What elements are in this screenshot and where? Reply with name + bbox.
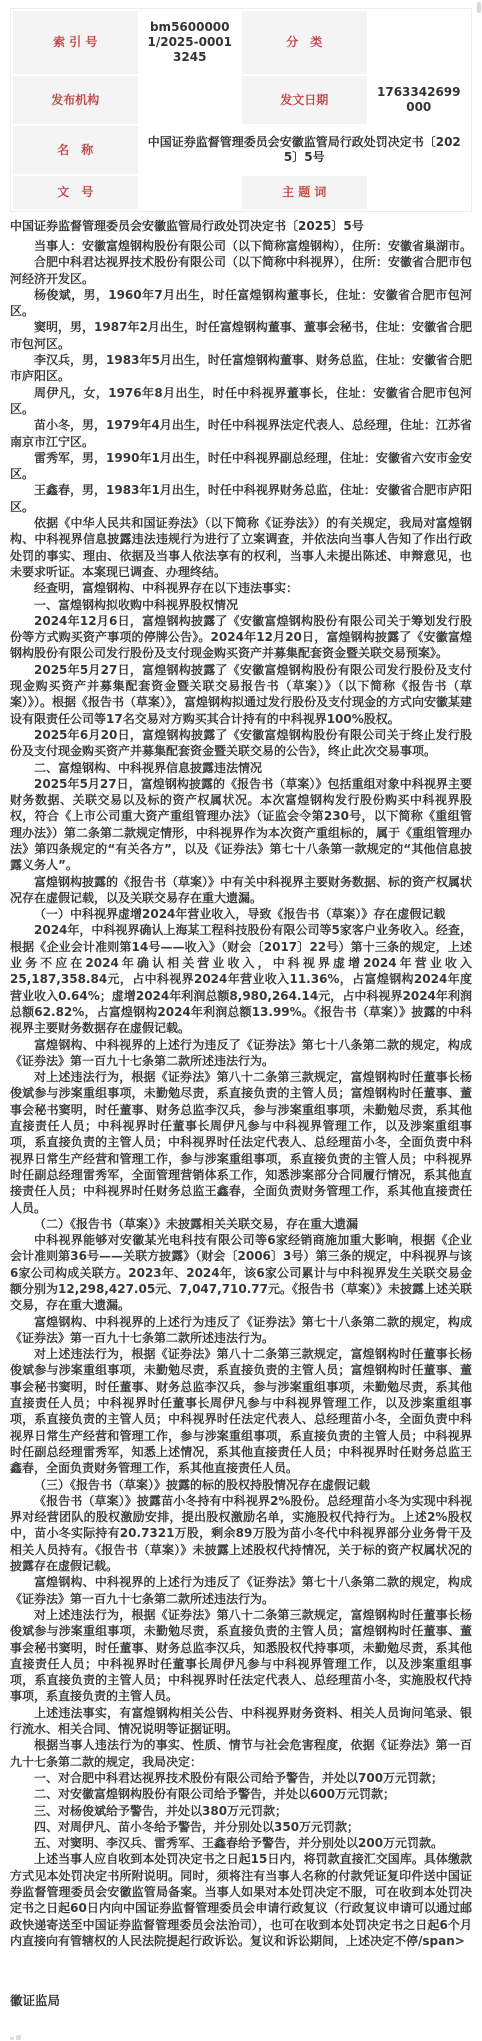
doc-paragraph: 二、富煌钢构、中科视界信息披露违法情况 bbox=[10, 760, 472, 776]
doc-paragraph: 《报告书（草案）》披露苗小冬持有中科视界2%股份。总经理苗小冬为实现中科视界对经… bbox=[10, 1493, 472, 1574]
doc-paragraph: 经查明，富煌钢构、中科视界存在以下违法事实： bbox=[10, 580, 472, 596]
doc-paragraph: 杨俊斌，男，1960年7月出生，时任富煌钢构董事长，住址：安徽省合肥市包河区。 bbox=[10, 287, 472, 320]
doc-paragraph: （三）《报告书（草案）》披露的标的股权持股情况存在虚假记载 bbox=[10, 1477, 472, 1493]
meta-label-category: 分 类 bbox=[242, 11, 367, 74]
doc-paragraph: 李汉兵，男，1983年5月出生，时任富煌钢构董事、财务总监，住址：安徽省合肥市庐… bbox=[10, 352, 472, 385]
doc-paragraph: 对上述违法行为，根据《证券法》第八十二条第三款规定，富煌钢构时任董事长杨俊斌参与… bbox=[10, 1346, 472, 1476]
doc-paragraph: 四、对周伊凡、苗小冬给予警告，并分别处以350万元罚款； bbox=[10, 1819, 472, 1835]
meta-value-name: 中国证券监督管理委员会安徽监管局行政处罚决定书〔2025〕5号 bbox=[140, 126, 470, 174]
meta-label-name: 名 称 bbox=[13, 126, 138, 174]
doc-paragraph: 2025年5月27日，富煌钢构披露了《安徽富煌钢构股份有限公司发行股份及支付现金… bbox=[10, 662, 472, 727]
doc-paragraph: 富煌钢构、中科视界的上述行为违反了《证券法》第七十八条第二款的规定，构成《证券法… bbox=[10, 1574, 472, 1607]
doc-paragraph: 2025年5月27日，富煌钢构披露的《报告书（草案）》包括重组对象中科视界主要财… bbox=[10, 776, 472, 874]
signature-bureau: 徽证监局 bbox=[10, 1991, 472, 2009]
meta-row-name: 名 称 中国证券监督管理委员会安徽监管局行政处罚决定书〔2025〕5号 bbox=[13, 126, 469, 174]
doc-paragraph: 2025年6月20日，富煌钢构披露了《安徽富煌钢构股份有限公司关于终止发行股份及… bbox=[10, 727, 472, 760]
meta-value-issuing-agency bbox=[140, 76, 241, 124]
meta-value-doc-number bbox=[140, 176, 241, 209]
doc-paragraph: （二）《报告书（草案）》未披露相关关联交易，存在重大遗漏 bbox=[10, 1216, 472, 1232]
doc-paragraph: 合肥中科君达视界技术股份有限公司（以下简称中科视界），住所：安徽省合肥市包河经济… bbox=[10, 254, 472, 287]
meta-label-issue-date: 发文日期 bbox=[242, 76, 367, 124]
meta-row-docnumber: 文 号 主 题 词 bbox=[13, 176, 469, 209]
doc-paragraph: 二、对安徽富煌钢构股份有限公司给予警告，并处以600万元罚款； bbox=[10, 1786, 472, 1802]
doc-paragraph: 五、对窦明、李汉兵、雷秀军、王鑫春给予警告，并分别处以200万元罚款。 bbox=[10, 1835, 472, 1851]
meta-label-index-number: 索 引 号 bbox=[13, 11, 138, 74]
doc-paragraph: 上述违法事实，有富煌钢构相关公告、中科视界财务资料、相关人员询问笔录、银行流水、… bbox=[10, 1705, 472, 1738]
doc-paragraph: 2024年12月6日，富煌钢构披露了《安徽富煌钢构股份有限公司关于筹划发行股份等… bbox=[10, 613, 472, 662]
scrollbar-artifact bbox=[477, 2, 481, 13]
meta-value-issue-date: 1763342699000 bbox=[369, 76, 470, 124]
doc-paragraph: 根据当事人违法行为的事实、性质、情节与社会危害程度，依据《证券法》第一百九十七条… bbox=[10, 1737, 472, 1770]
metadata-table-wrapper: 索 引 号 bm56000001/2025-00013245 分 类 发布机构 … bbox=[10, 8, 472, 212]
meta-value-index-number: bm56000001/2025-00013245 bbox=[140, 11, 241, 74]
document-body: 当事人：安徽富煌钢构股份有限公司（以下简称富煌钢构），住所：安徽省巢湖市。合肥中… bbox=[10, 238, 472, 1949]
doc-paragraph: （一）中科视界虚增2024年营业收入，导致《报告书（草案）》存在虚假记载 bbox=[10, 906, 472, 922]
doc-paragraph: 窦明，男，1987年2月出生，时任富煌钢构董事、董事会秘书，住址：安徽省合肥市包… bbox=[10, 319, 472, 352]
doc-paragraph: 中科视界能够对安徽某光电科技有限公司等6家经销商施加重大影响，根据《企业会计准则… bbox=[10, 1232, 472, 1313]
footer-artifact bbox=[10, 2035, 24, 2041]
doc-paragraph: 富煌钢构、中科视界的上述行为违反了《证券法》第七十八条第二款的规定，构成《证券法… bbox=[10, 1314, 472, 1347]
doc-paragraph: 苗小冬，男，1979年4月出生，时任中科视界法定代表人、总经理，住址：江苏省南京… bbox=[10, 417, 472, 450]
doc-paragraph: 富煌钢构披露的《报告书（草案）》中有关中科视界主要财务数据、标的资产权属状况存在… bbox=[10, 874, 472, 907]
doc-paragraph: 依据《中华人民共和国证券法》（以下简称《证券法》）的有关规定，我局对富煌钢构、中… bbox=[10, 515, 472, 580]
meta-value-subject-words bbox=[369, 176, 470, 209]
document-page: 索 引 号 bm56000001/2025-00013245 分 类 发布机构 … bbox=[0, 0, 482, 2041]
doc-paragraph: 一、富煌钢构拟收购中科视界股权情况 bbox=[10, 597, 472, 613]
doc-paragraph: 上述当事人应自收到本处罚决定书之日起15日内，将罚款直接汇交国库。具体缴款方式见… bbox=[10, 1851, 472, 1949]
meta-value-category bbox=[369, 11, 470, 74]
doc-paragraph: 富煌钢构、中科视界的上述行为违反了《证券法》第七十八条第二款的规定，构成《证券法… bbox=[10, 1037, 472, 1070]
doc-paragraph: 王鑫春，男，1983年1月出生，时任中科视界财务总监，住址：安徽省合肥市庐阳区。 bbox=[10, 482, 472, 515]
metadata-table: 索 引 号 bm56000001/2025-00013245 分 类 发布机构 … bbox=[11, 9, 471, 211]
meta-label-issuing-agency: 发布机构 bbox=[13, 76, 138, 124]
meta-row-issuer: 发布机构 发文日期 1763342699000 bbox=[13, 76, 469, 124]
meta-row-index: 索 引 号 bm56000001/2025-00013245 分 类 bbox=[13, 11, 469, 74]
doc-paragraph: 三、对杨俊斌给予警告，并处以380万元罚款； bbox=[10, 1803, 472, 1819]
doc-paragraph: 对上述违法行为，根据《证券法》第八十二条第三款规定，富煌钢构时任董事长杨俊斌参与… bbox=[10, 1607, 472, 1705]
meta-label-doc-number: 文 号 bbox=[13, 176, 138, 209]
doc-paragraph: 当事人：安徽富煌钢构股份有限公司（以下简称富煌钢构），住所：安徽省巢湖市。 bbox=[10, 238, 472, 254]
doc-paragraph: 对上述违法行为，根据《证券法》第八十二条第三款规定，富煌钢构时任董事长杨俊斌参与… bbox=[10, 1069, 472, 1216]
doc-paragraph: 雷秀军，男，1990年1月出生，时任中科视界副总经理，住址：安徽省六安市金安区。 bbox=[10, 450, 472, 483]
doc-paragraph: 一、对合肥中科君达视界技术股份有限公司给予警告，并处以700万元罚款； bbox=[10, 1770, 472, 1786]
meta-label-subject-words: 主 题 词 bbox=[242, 176, 367, 209]
doc-paragraph: 周伊凡，女，1976年8月出生，时任中科视界董事长，住址：安徽省合肥市包河区。 bbox=[10, 385, 472, 418]
doc-paragraph: 2024年，中科视界确认上海某工程科技股份有限公司等5家客户业务收入。经查，根据… bbox=[10, 922, 472, 1036]
document-title: 中国证券监督管理委员会安徽监管局行政处罚决定书〔2025〕5号 bbox=[10, 218, 472, 234]
